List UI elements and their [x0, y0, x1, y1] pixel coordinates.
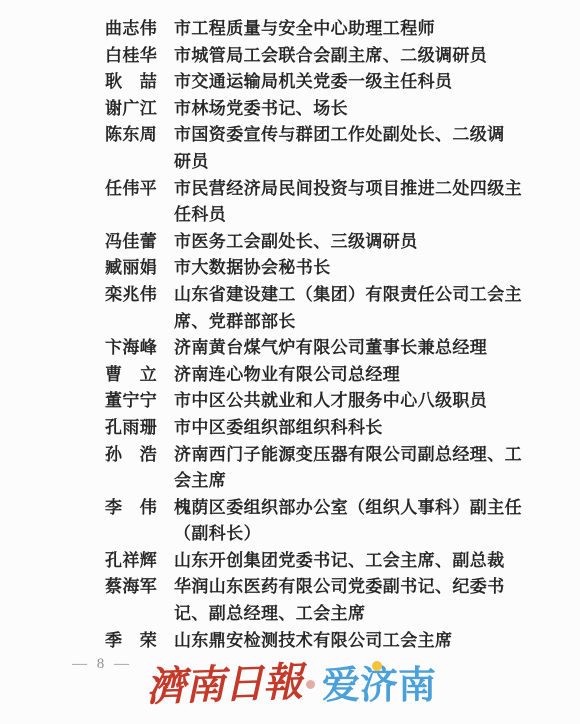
person-name: 卞海峰 — [105, 335, 174, 362]
list-item: 曲志伟 市工程质量与安全中心助理工程师 — [105, 16, 545, 43]
person-name: 白桂华 — [105, 43, 174, 70]
list-item: 耿 喆 市交通运输局机关党委一级主任科员 — [105, 69, 545, 96]
person-name: 曹 立 — [105, 362, 174, 389]
list-item: 李 伟 槐荫区委组织部办公室（组织人事科）副主任 （副科长） — [105, 495, 545, 548]
list-item: 蔡海军 华润山东医药有限公司党委副书记、纪委书 记、副总经理、工会主席 — [105, 574, 545, 627]
list-item: 卞海峰 济南黄台煤气炉有限公司董事长兼总经理 — [105, 335, 545, 362]
list-item: 董宁宁 市中区公共就业和人才服务中心八级职员 — [105, 388, 545, 415]
list-item: 栾兆伟 山东省建设建工（集团）有限责任公司工会主 席、党群部部长 — [105, 282, 545, 335]
list-item: 任伟平 市民营经济局民间投资与项目推进二处四级主 任科员 — [105, 176, 545, 229]
person-name: 曲志伟 — [105, 16, 174, 43]
aijinan-yellow-dot-accent — [372, 661, 382, 671]
person-title: 华润山东医药有限公司党委副书记、纪委书 记、副总经理、工会主席 — [174, 574, 534, 627]
list-item: 陈东周 市国资委宣传与群团工作处副处长、二级调 研员 — [105, 122, 545, 175]
person-title: 槐荫区委组织部办公室（组织人事科）副主任 （副科长） — [174, 495, 534, 548]
person-name: 孔雨珊 — [105, 415, 174, 442]
person-name: 李 伟 — [105, 495, 174, 522]
person-title: 济南黄台煤气炉有限公司董事长兼总经理 — [174, 335, 534, 362]
list-item: 孔祥辉 山东开创集团党委书记、工会主席、副总裁 — [105, 548, 545, 575]
person-title: 市林场党委书记、场长 — [174, 96, 534, 123]
logo-separator-dot — [306, 680, 315, 689]
person-title: 市城管局工会联合会副主席、二级调研员 — [174, 43, 534, 70]
person-name: 孙 浩 — [105, 442, 174, 469]
person-title: 市中区公共就业和人才服务中心八级职员 — [174, 388, 534, 415]
person-title: 市医务工会副处长、三级调研员 — [174, 229, 534, 256]
jinan-daily-logo: 濟南日報 — [145, 657, 303, 712]
person-name: 谢广江 — [105, 96, 174, 123]
person-name: 栾兆伟 — [105, 282, 174, 309]
person-name: 孔祥辉 — [105, 548, 174, 575]
person-title: 济南西门子能源变压器有限公司副总经理、工 会主席 — [174, 442, 534, 495]
aijinan-logo-text: 爱济南 — [322, 665, 436, 707]
person-name: 冯佳蕾 — [105, 229, 174, 256]
page-number: — 8 — — [72, 656, 132, 673]
person-name: 陈东周 — [105, 122, 174, 149]
list-item: 孙 浩 济南西门子能源变压器有限公司副总经理、工 会主席 — [105, 442, 545, 495]
person-title: 市中区委组织部组织科科长 — [174, 415, 534, 442]
page-footer: — 8 — 濟南日報 爱济南 — [0, 646, 580, 724]
person-title: 市交通运输局机关党委一级主任科员 — [174, 69, 534, 96]
person-title: 市民营经济局民间投资与项目推进二处四级主 任科员 — [174, 176, 534, 229]
person-title: 市工程质量与安全中心助理工程师 — [174, 16, 534, 43]
list-item: 谢广江 市林场党委书记、场长 — [105, 96, 545, 123]
list-item: 冯佳蕾 市医务工会副处长、三级调研员 — [105, 229, 545, 256]
aijinan-logo: 爱济南 — [322, 662, 436, 710]
list-item: 曹 立 济南连心物业有限公司总经理 — [105, 362, 545, 389]
list-item: 臧丽娟 市大数据协会秘书长 — [105, 255, 545, 282]
list-item: 白桂华 市城管局工会联合会副主席、二级调研员 — [105, 43, 545, 70]
person-name: 任伟平 — [105, 176, 174, 203]
person-title: 济南连心物业有限公司总经理 — [174, 362, 534, 389]
person-title: 市大数据协会秘书长 — [174, 255, 534, 282]
person-title: 山东开创集团党委书记、工会主席、副总裁 — [174, 548, 534, 575]
person-name: 蔡海军 — [105, 574, 174, 601]
person-name: 耿 喆 — [105, 69, 174, 96]
person-title: 市国资委宣传与群团工作处副处长、二级调 研员 — [174, 122, 534, 175]
person-title: 山东省建设建工（集团）有限责任公司工会主 席、党群部部长 — [174, 282, 534, 335]
person-name: 董宁宁 — [105, 388, 174, 415]
document-page: 曲志伟 市工程质量与安全中心助理工程师 白桂华 市城管局工会联合会副主席、二级调… — [0, 0, 580, 724]
person-name: 臧丽娟 — [105, 255, 174, 282]
award-roster-list: 曲志伟 市工程质量与安全中心助理工程师 白桂华 市城管局工会联合会副主席、二级调… — [105, 16, 545, 654]
list-item: 孔雨珊 市中区委组织部组织科科长 — [105, 415, 545, 442]
